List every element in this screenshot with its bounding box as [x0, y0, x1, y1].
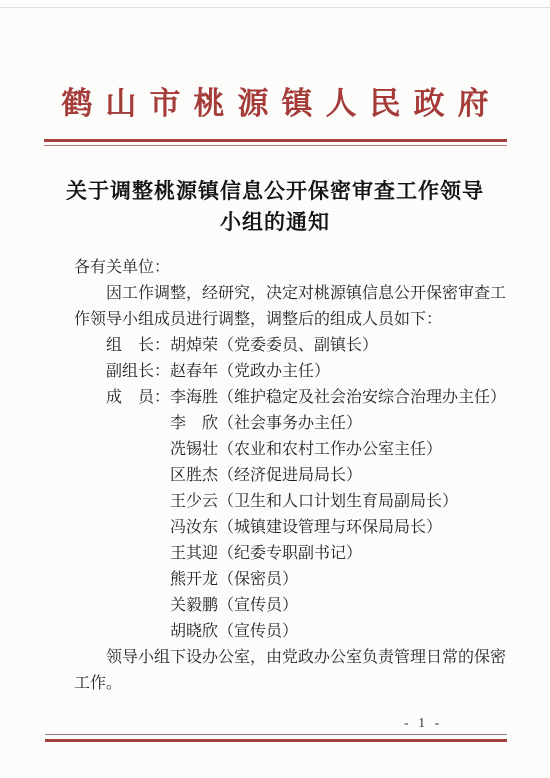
- roster-member-name: 赵春年: [170, 363, 218, 380]
- document-title: 关于调整桃源镇信息公开保密审查工作领导小组的通知: [59, 176, 491, 238]
- roster-line: 成 员：李海胜（维护稳定及社会治安综合治理办主任）: [74, 385, 506, 411]
- footer-rules: [45, 734, 507, 742]
- scan-edge-line: [0, 7, 550, 8]
- scanned-document-page: 鹤山市桃源镇人民政府 关于调整桃源镇信息公开保密审查工作领导小组的通知 各有关单…: [0, 0, 550, 778]
- roster-line: 组 长：胡焯荣（党委委员、副镇长）: [74, 333, 506, 359]
- roster-member-name: 胡焯荣: [170, 337, 218, 354]
- leadership-roster: 组 长：胡焯荣（党委委员、副镇长） 副组长：赵春年（党政办主任） 成 员：李海胜…: [74, 333, 506, 645]
- letterhead-org-name: 鹤山市桃源镇人民政府: [0, 78, 550, 123]
- roster-member-title: （城镇建设管理与环保局局长）: [218, 519, 442, 536]
- letterhead-rules: [44, 139, 507, 146]
- roster-line: 冼锡壮（农业和农村工作办公室主任）: [74, 437, 506, 463]
- roster-line: 王其迎（纪委专职副书记）: [74, 541, 506, 567]
- roster-line: 冯汝东（城镇建设管理与环保局局长）: [74, 515, 506, 541]
- roster-member-title: （党政办主任）: [218, 363, 330, 380]
- roster-line: 王少云（卫生和人口计划生育局副局长）: [74, 489, 506, 515]
- roster-role-label: 副组长：: [106, 359, 170, 385]
- roster-line: 区胜杰（经济促进局局长）: [74, 463, 506, 489]
- roster-member-title: （农业和农村工作办公室主任）: [218, 441, 442, 458]
- document-body: 各有关单位： 因工作调整，经研究，决定对桃源镇信息公开保密审查工作领导小组成员进…: [74, 255, 506, 697]
- roster-member-title: （党委委员、副镇长）: [218, 337, 378, 354]
- roster-member-title: （纪委专职副书记）: [218, 545, 362, 562]
- roster-line: 熊开龙（保密员）: [74, 567, 506, 593]
- intro-paragraph: 因工作调整，经研究，决定对桃源镇信息公开保密审查工作领导小组成员进行调整，调整后…: [74, 281, 506, 333]
- roster-member-name: 李海胜: [170, 389, 218, 406]
- roster-role-label: 组 长：: [106, 333, 170, 359]
- roster-member-name: 冼锡壮: [170, 441, 218, 458]
- roster-member-name: 王少云: [170, 493, 218, 510]
- footer-rule-thick: [45, 739, 507, 742]
- roster-member-title: （保密员）: [218, 571, 298, 588]
- closing-paragraph: 领导小组下设办公室，由党政办公室负责管理日常的保密工作。: [74, 645, 506, 697]
- page-number: - 1 -: [404, 716, 442, 732]
- roster-member-name: 李 欣: [170, 415, 218, 432]
- roster-line: 胡晓欣（宣传员）: [74, 619, 506, 645]
- roster-member-title: （社会事务办主任）: [218, 415, 362, 432]
- roster-member-name: 冯汝东: [170, 519, 218, 536]
- salutation: 各有关单位：: [74, 255, 506, 281]
- roster-member-title: （卫生和人口计划生育局副局长）: [218, 493, 458, 510]
- roster-member-title: （维护稳定及社会治安综合治理办主任）: [218, 389, 506, 406]
- roster-member-name: 关毅鹏: [170, 597, 218, 614]
- roster-member-title: （经济促进局局长）: [218, 467, 362, 484]
- letterhead-rule-thin: [44, 145, 507, 146]
- roster-line: 李 欣（社会事务办主任）: [74, 411, 506, 437]
- roster-member-name: 熊开龙: [170, 571, 218, 588]
- roster-member-name: 胡晓欣: [170, 623, 218, 640]
- roster-member-name: 区胜杰: [170, 467, 218, 484]
- roster-member-name: 王其迎: [170, 545, 218, 562]
- roster-line: 关毅鹏（宣传员）: [74, 593, 506, 619]
- roster-line: 副组长：赵春年（党政办主任）: [74, 359, 506, 385]
- roster-role-label: 成 员：: [106, 385, 170, 411]
- roster-member-title: （宣传员）: [218, 623, 298, 640]
- roster-member-title: （宣传员）: [218, 597, 298, 614]
